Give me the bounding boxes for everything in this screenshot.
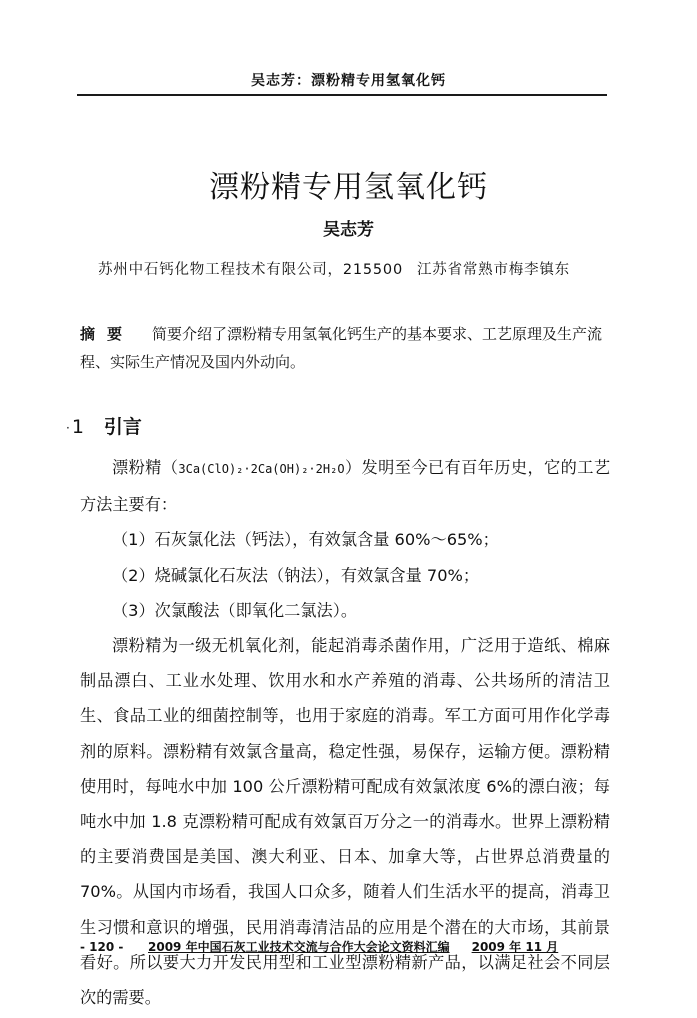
paper-title: 漂粉精专用氢氧化钙	[0, 162, 697, 206]
chemical-formula: 3Ca(ClO)₂·2Ca(OH)₂·2H₂O	[178, 462, 344, 476]
method-item-3: （3）次氯酸法（即氧化二氯法）。	[80, 593, 610, 628]
abstract-text: 简要介绍了漂粉精专用氢氧化钙生产的基本要求、工艺原理及生产流程、实际生产情况及国…	[80, 325, 602, 371]
running-head: 吴志芳：漂粉精专用氢氧化钙	[0, 70, 697, 90]
page-number: - 120 -	[80, 940, 148, 954]
proceedings-title: 2009 年中国石灰工业技术交流与合作大会论文资料汇编	[148, 940, 450, 954]
publication-date: 2009 年 11 月	[472, 940, 559, 954]
method-item-1: （1）石灰氯化法（钙法），有效氯含量 60%～65%；	[80, 522, 610, 557]
abstract: 摘要简要介绍了漂粉精专用氢氧化钙生产的基本要求、工艺原理及生产流程、实际生产情况…	[80, 320, 610, 376]
page-footer: - 120 -2009 年中国石灰工业技术交流与合作大会论文资料汇编2009 年…	[80, 938, 620, 955]
author-name: 吴志芳	[0, 215, 697, 240]
affiliation-address: 江苏省常熟市梅李镇东	[417, 262, 570, 278]
affiliation-zip: 215500	[343, 262, 403, 278]
body-text: 漂粉精（3Ca(ClO)₂·2Ca(OH)₂·2H₂O）发明至今已有百年历史，它…	[80, 450, 610, 1015]
abstract-label: 摘要	[80, 325, 134, 343]
section-title: 引言	[104, 416, 142, 438]
affiliation: 苏州中石钙化物工程技术有限公司，215500江苏省常熟市梅李镇东	[98, 258, 658, 279]
intro-paragraph: 漂粉精（3Ca(ClO)₂·2Ca(OH)₂·2H₂O）发明至今已有百年历史，它…	[80, 450, 610, 522]
affiliation-org: 苏州中石钙化物工程技术有限公司，	[98, 262, 343, 278]
intro-prefix: 漂粉精（	[112, 458, 178, 477]
header-rule	[77, 94, 607, 96]
method-item-2: （2）烧碱氯化石灰法（钠法），有效氯含量 70%；	[80, 558, 610, 593]
section-marker: ·	[66, 421, 70, 435]
body-paragraph: 漂粉精为一级无机氧化剂，能起消毒杀菌作用，广泛用于造纸、棉麻制品漂白、工业水处理…	[80, 628, 610, 1015]
section-number: 1	[72, 416, 84, 438]
section-heading: ·1引言	[66, 412, 142, 439]
